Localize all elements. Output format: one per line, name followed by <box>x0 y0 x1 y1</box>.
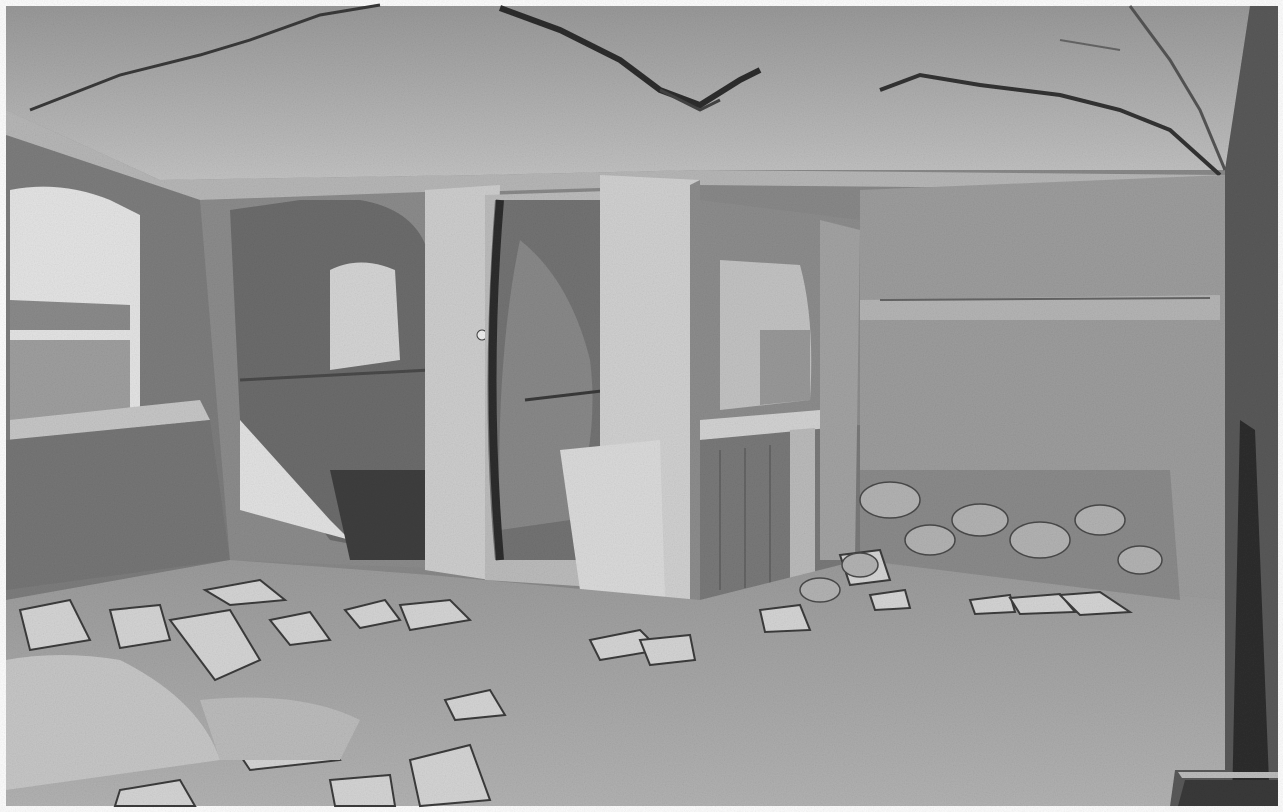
photograph-ruined-chamber: Grayscale halftone photograph of a ruine… <box>0 0 1283 812</box>
ceiling <box>6 6 1250 180</box>
